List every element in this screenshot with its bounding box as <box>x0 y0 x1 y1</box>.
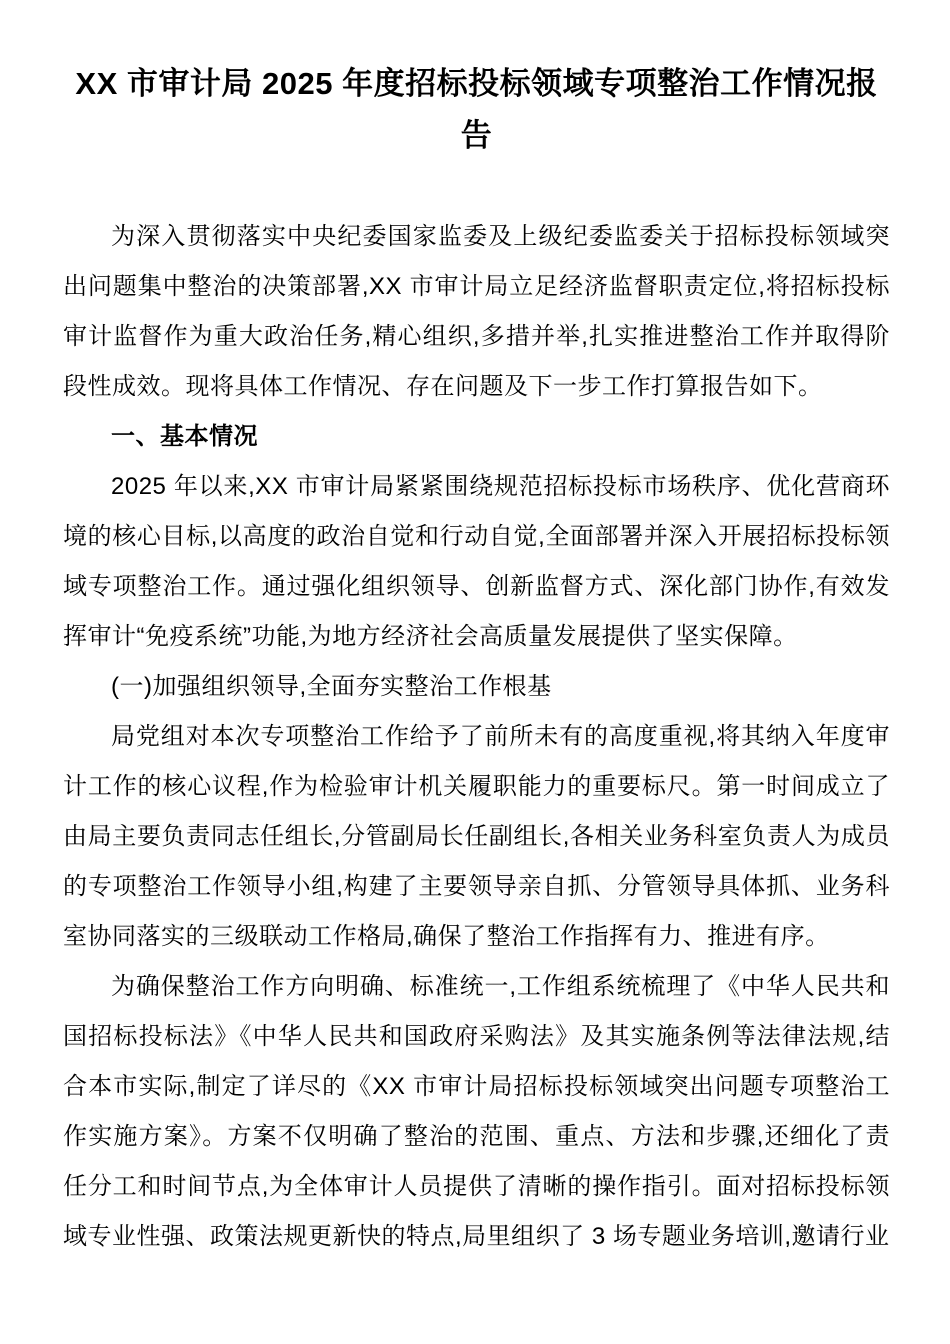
paragraph: 为确保整治工作方向明确、标准统一,工作组系统梳理了《中华人民共和国招标投标法》《… <box>63 962 890 1262</box>
section-heading: (一)加强组织领导,全面夯实整治工作根基 <box>63 662 890 712</box>
paragraph: 为深入贯彻落实中央纪委国家监委及上级纪委监委关于招标投标领域突出问题集中整治的决… <box>63 212 890 412</box>
document-body: 为深入贯彻落实中央纪委国家监委及上级纪委监委关于招标投标领域突出问题集中整治的决… <box>63 212 890 1262</box>
paragraph: 局党组对本次专项整治工作给予了前所未有的高度重视,将其纳入年度审计工作的核心议程… <box>63 712 890 962</box>
document-title: XX 市审计局 2025 年度招标投标领域专项整治工作情况报告 <box>63 58 890 162</box>
document-page: XX 市审计局 2025 年度招标投标领域专项整治工作情况报告 为深入贯彻落实中… <box>0 0 950 1344</box>
paragraph: 2025 年以来,XX 市审计局紧紧围绕规范招标投标市场秩序、优化营商环境的核心… <box>63 462 890 662</box>
section-heading: 一、基本情况 <box>63 412 890 462</box>
